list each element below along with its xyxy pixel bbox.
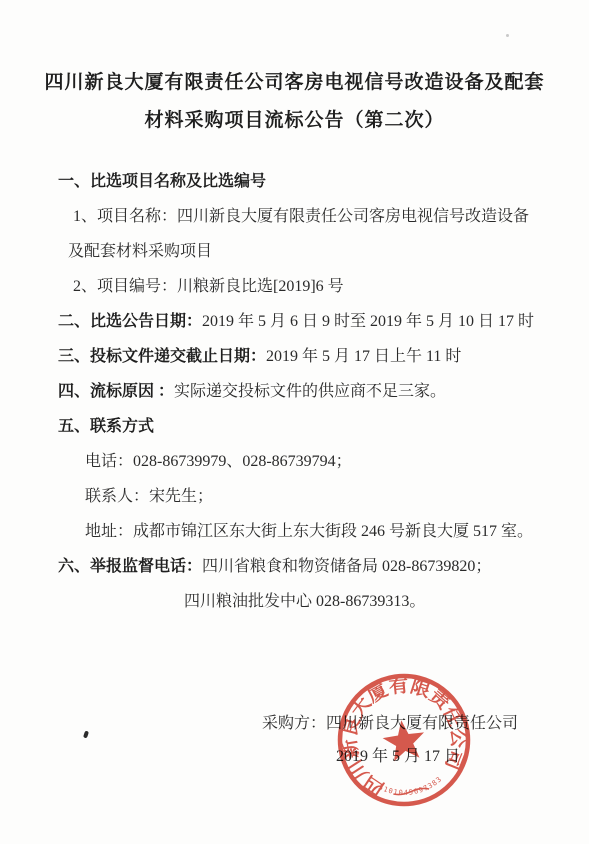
document-title: 四川新良大厦有限责任公司客房电视信号改造设备及配套 材料采购项目流标公告（第二次… (0, 64, 589, 140)
contact-phone-line: 电话：028-86739979、028-86739794； (0, 442, 589, 477)
document-page: 四川新良大厦有限责任公司客房电视信号改造设备及配套 材料采购项目流标公告（第二次… (0, 0, 589, 844)
footer-date-line: 2019 年 5 月 17 日 (336, 737, 460, 772)
footer-buyer-line: 采购方：四川新良大厦有限责任公司 (262, 704, 518, 739)
section-6-supervision-phone-line1: 六、举报监督电话：四川省粮食和物资储备局 028-86739820； (0, 547, 589, 582)
project-number-line: 2、项目编号：川粮新良比选[2019]6 号 (0, 267, 589, 302)
document-body: 一、比选项目名称及比选编号 1、项目名称：四川新良大厦有限责任公司客房电视信号改… (0, 162, 589, 617)
document-title-line1: 四川新良大厦有限责任公司客房电视信号改造设备及配套 (0, 64, 589, 102)
section-1-heading: 一、比选项目名称及比选编号 (0, 162, 589, 197)
contact-address-line: 地址：成都市锦江区东大街上东大街段 246 号新良大厦 517 室。 (0, 512, 589, 547)
seal-serial-arc-text: 5101045097383 (376, 774, 445, 801)
section-4-failure-reason: 四、流标原因 ：实际递交投标文件的供应商不足三家。 (0, 372, 589, 407)
section-3-deadline: 三、投标文件递交截止日期：2019 年 5 月 17 日上午 11 时 (0, 337, 589, 372)
section-2-announcement-date: 二、比选公告日期：2019 年 5 月 6 日 9 时至 2019 年 5 月 … (0, 302, 589, 337)
scan-artifact-speck (83, 731, 89, 739)
project-name-line1: 1、项目名称：四川新良大厦有限责任公司客房电视信号改造设备 (0, 197, 589, 232)
project-name-line2: 及配套材料采购项目 (0, 232, 589, 267)
seal-anticounterfeit-squiggle (393, 788, 429, 796)
document-title-line2: 材料采购项目流标公告（第二次） (0, 102, 589, 140)
section-6-supervision-phone-line2: 四川粮油批发中心 028-86739313。 (0, 582, 589, 617)
scan-artifact-dot (506, 34, 509, 37)
section-5-contact-heading: 五、联系方式 (0, 407, 589, 442)
contact-person-line: 联系人：宋先生； (0, 477, 589, 512)
